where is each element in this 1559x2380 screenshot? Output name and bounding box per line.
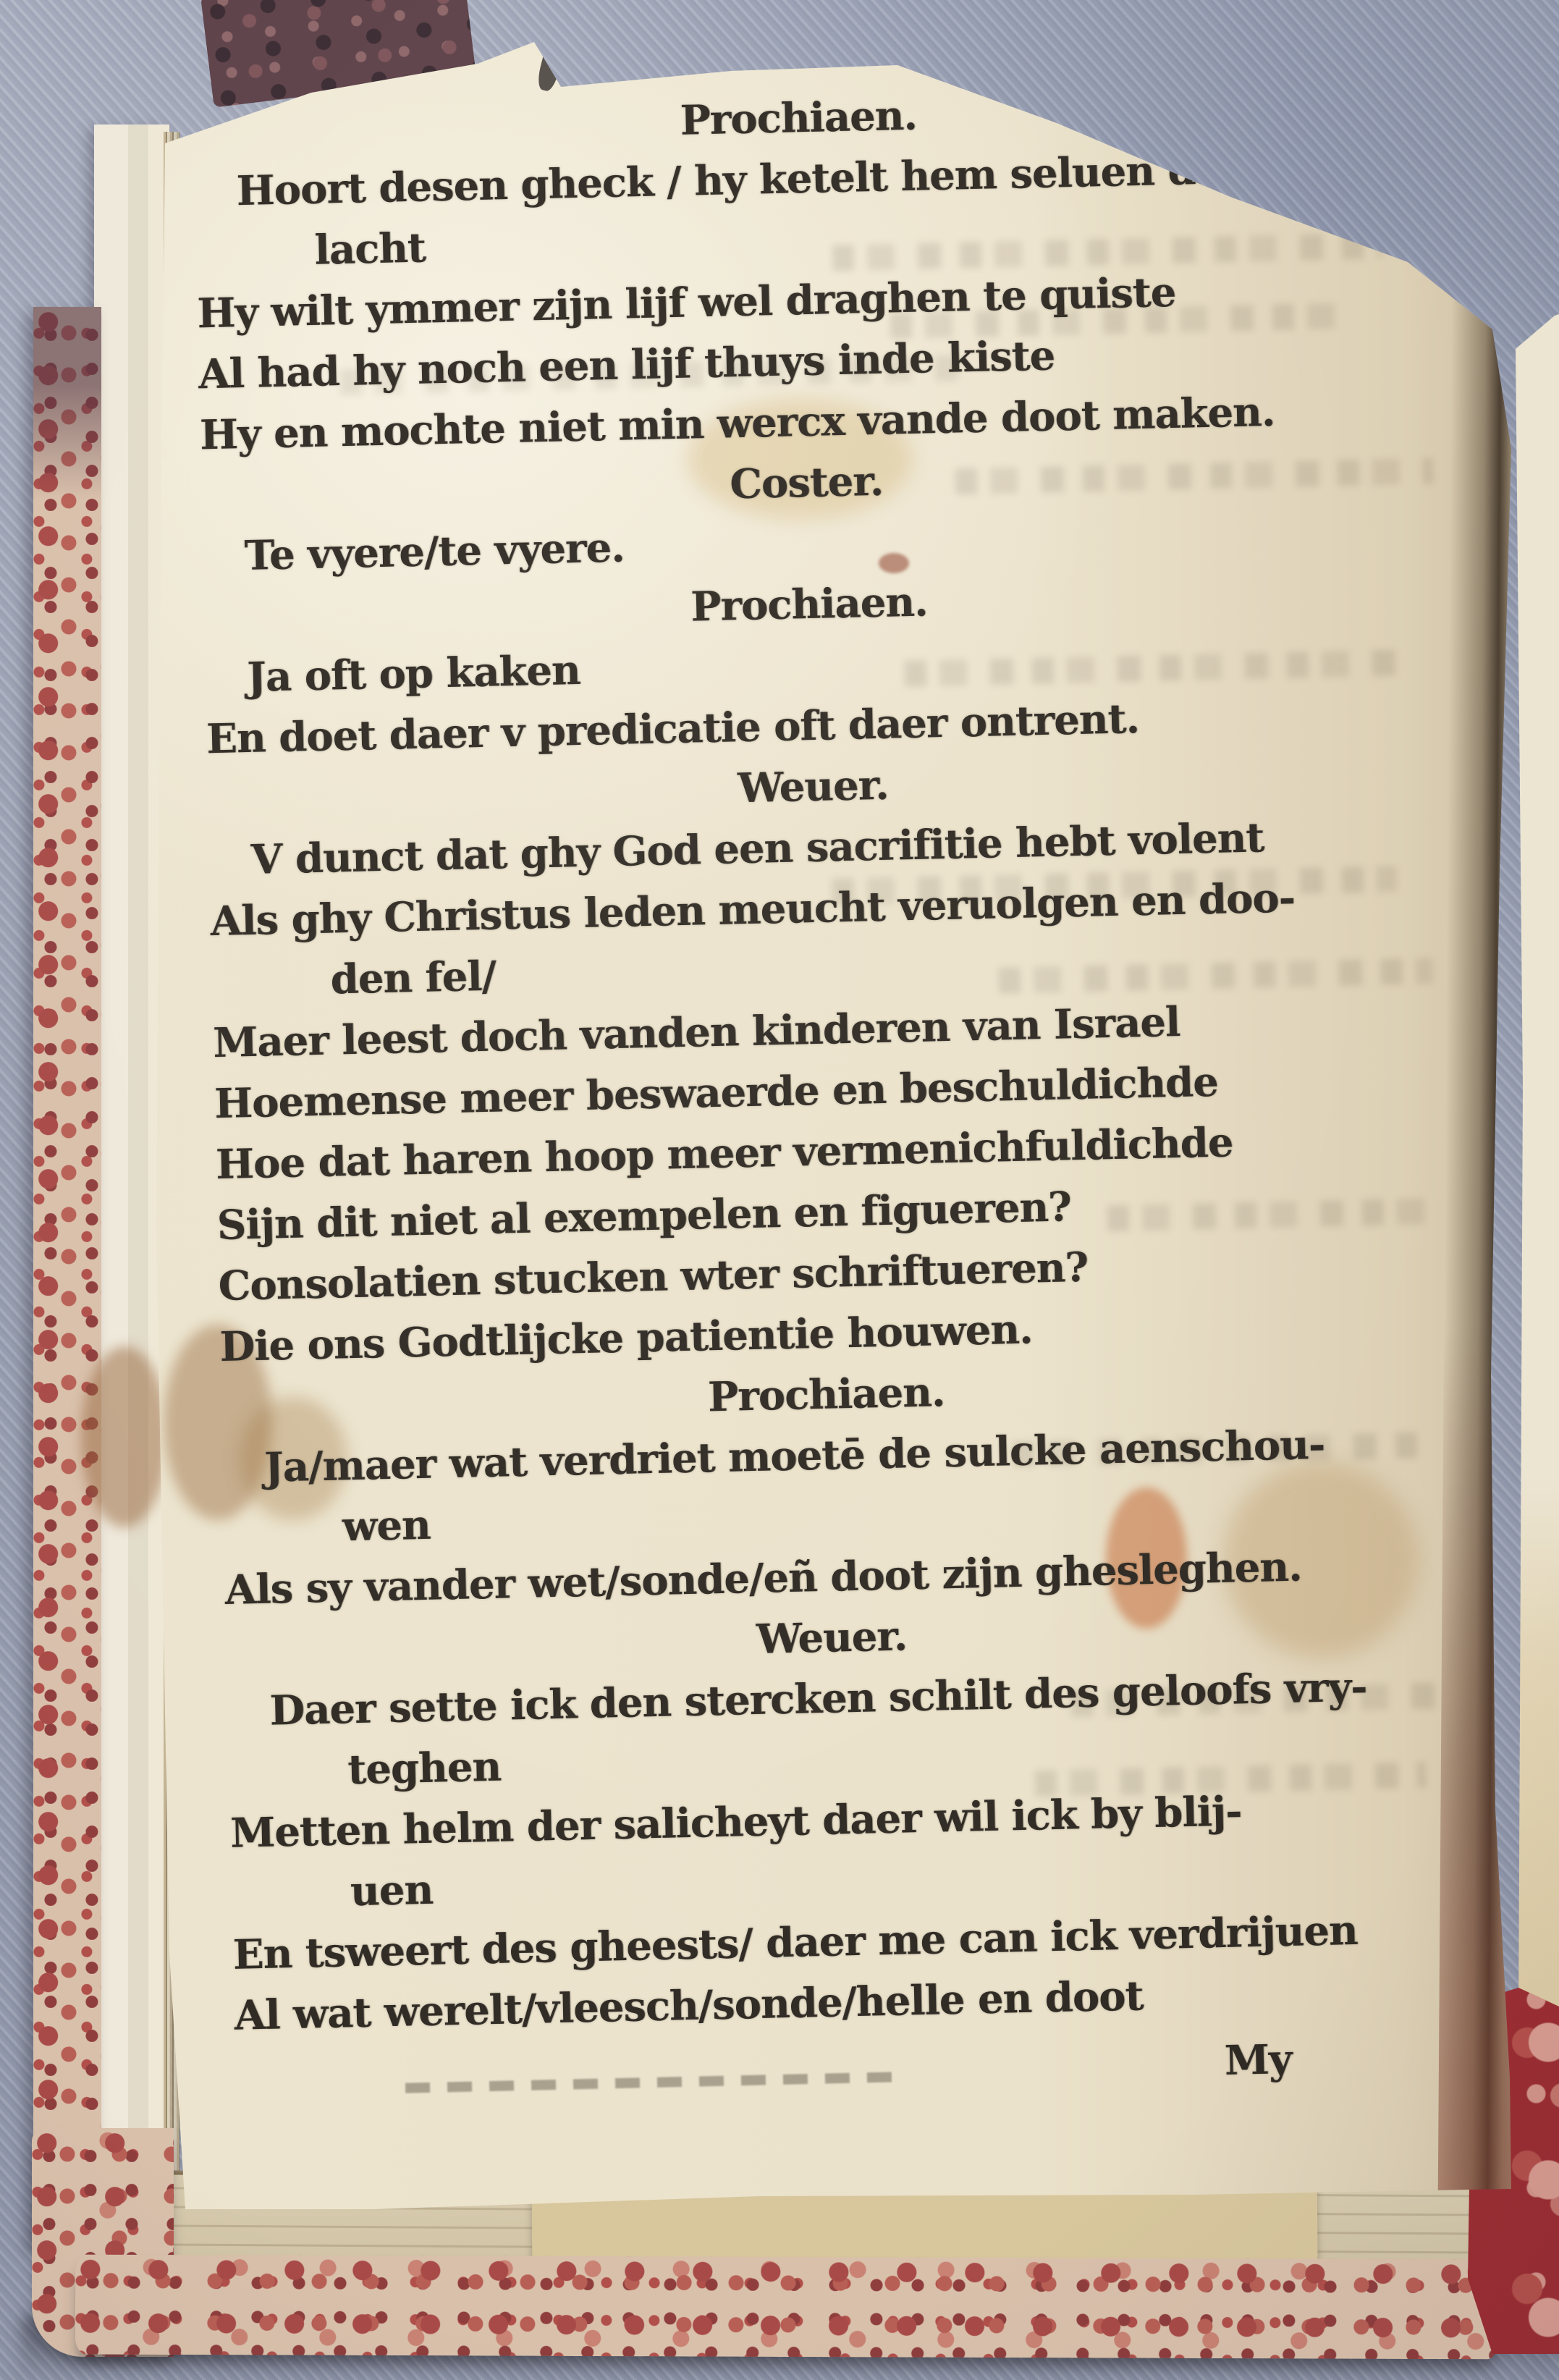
book-page: Prochiaen. Hoort desen gheck / hy ketelt… [0,0,1559,2380]
page-text-block: Prochiaen. Hoort desen gheck / hy ketelt… [174,72,1531,2113]
marbled-cover-edge-bottom [75,2255,1498,2360]
stain [81,1346,168,1527]
marbled-cover-edge-left [33,307,101,2247]
photo-scene: Prochiaen. Hoort desen gheck / hy ketelt… [0,0,1559,2380]
